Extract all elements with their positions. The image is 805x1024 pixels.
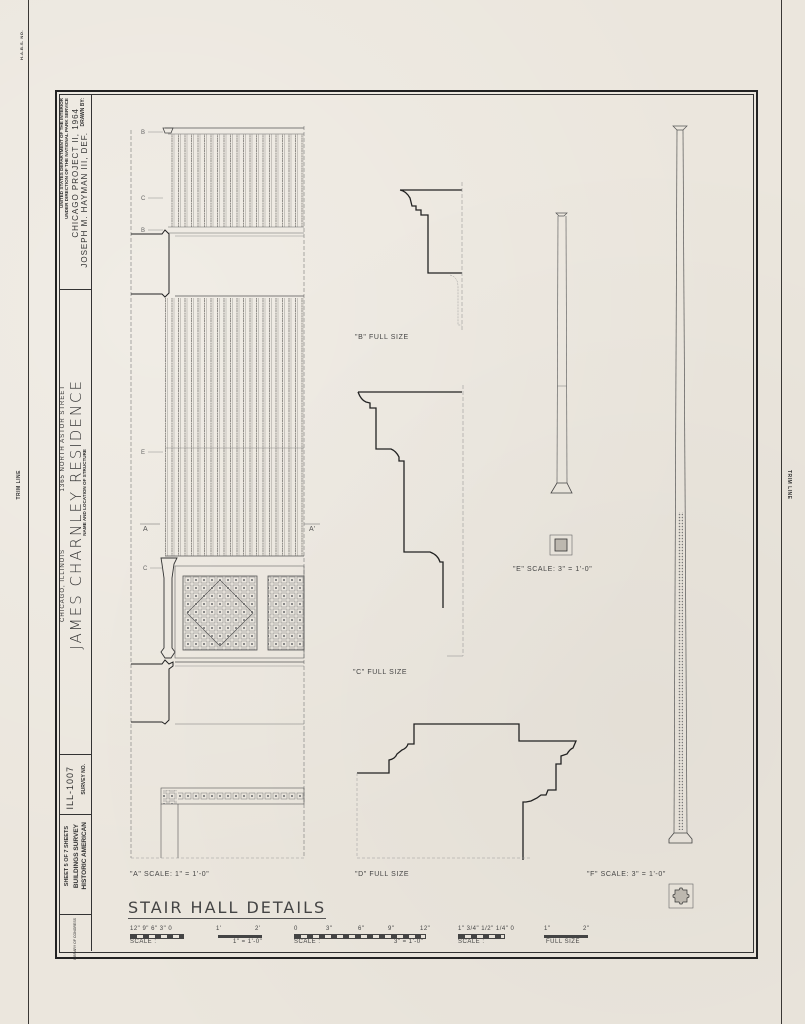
scale-3-label: SCALE : (458, 939, 485, 945)
scale-3-ratio: FULL SIZE (546, 939, 580, 945)
detail-a-elevation: A A' B C B E C (131, 126, 320, 858)
scale-1-ticks-left: 12" 9" 6" 3" 0 (130, 926, 172, 932)
caption-detail-b: "B" FULL SIZE (355, 334, 409, 341)
drawing-title: STAIR HALL DETAILS (128, 898, 326, 919)
svg-text:A': A' (309, 526, 315, 533)
detail-d-handrail (357, 724, 576, 860)
scale-1-ratio: 1" = 1'-0" (233, 939, 262, 945)
detail-e-spindle (550, 213, 572, 555)
caption-detail-c: "C" FULL SIZE (353, 669, 407, 676)
svg-text:B: B (141, 130, 145, 136)
scale-bar-3: 1" 3/4" 1/2" 1/4" 0 1" 2" SCALE : FULL S… (458, 926, 593, 950)
svg-text:C: C (143, 566, 148, 572)
scale-bar-1: 12" 9" 6" 3" 0 1' 2' SCALE : 1" = 1'-0" (130, 926, 265, 950)
caption-detail-f: "F" SCALE: 3" = 1'-0" (587, 871, 666, 878)
scale-2-tick-9: 9" (388, 926, 394, 932)
scale-3-ticks-left: 1" 3/4" 1/2" 1/4" 0 (458, 926, 514, 932)
scale-1-tick-1ft: 1' (216, 926, 221, 932)
svg-text:C: C (141, 196, 146, 202)
scale-1-label: SCALE : (130, 939, 157, 945)
caption-detail-e: "E" SCALE: 3" = 1'-0" (513, 566, 592, 573)
scale-3-tick-1in: 1" (544, 926, 550, 932)
detail-c-profile (358, 385, 463, 656)
caption-detail-a: "A" SCALE: 1" = 1'-0" (130, 871, 209, 878)
svg-text:B: B (141, 228, 145, 234)
scale-2-ratio: 3" = 1'-0" (394, 939, 423, 945)
svg-text:E: E (141, 450, 145, 456)
caption-detail-d: "D" FULL SIZE (355, 871, 409, 878)
scale-2-tick-3: 3" (326, 926, 332, 932)
detail-b-profile (400, 182, 462, 330)
scale-2-label: SCALE : (294, 939, 321, 945)
scale-1-tick-2ft: 2' (255, 926, 260, 932)
scale-3-tick-2in: 2" (583, 926, 589, 932)
scale-2-tick-6: 6" (358, 926, 364, 932)
detail-f-spindle (669, 126, 693, 908)
scale-2-tick-12: 12" (420, 926, 430, 932)
scale-2-tick-0: 0 (294, 926, 298, 932)
svg-text:A: A (143, 526, 148, 533)
scale-bar-2: 0 3" 6" 9" 12" SCALE : 3" = 1'-0" (294, 926, 434, 950)
